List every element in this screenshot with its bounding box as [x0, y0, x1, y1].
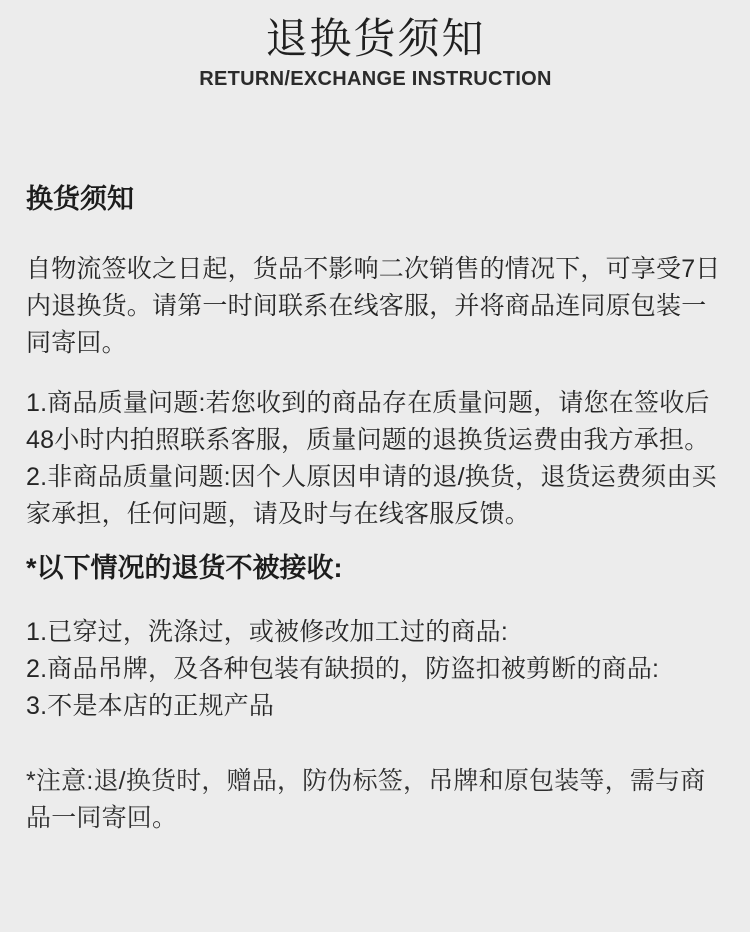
- exchange-notice-intro: 自物流签收之日起，货品不影响二次销售的情况下，可享受7日内退换货。请第一时间联系…: [26, 251, 725, 362]
- section-exchange-notice: 换货须知 自物流签收之日起，货品不影响二次销售的情况下，可享受7日内退换货。请第…: [26, 184, 725, 533]
- exchange-notice-heading: 换货须知: [26, 184, 725, 214]
- exchange-notice-rules: 1.商品质量问题:若您收到的商品存在质量问题，请您在签收后48小时内拍照联系客服…: [26, 385, 725, 533]
- not-accepted-item: 1.已穿过，洗涤过，或被修改加工过的商品:: [26, 614, 725, 651]
- not-accepted-item: 3.不是本店的正规产品: [26, 688, 725, 725]
- section-not-accepted: *以下情况的退货不被接收: 1.已穿过，洗涤过，或被修改加工过的商品: 2.商品…: [26, 553, 725, 725]
- rule-item: 1.商品质量问题:若您收到的商品存在质量问题，请您在签收后48小时内拍照联系客服…: [26, 385, 725, 459]
- page-title: 退换货须知: [26, 14, 725, 64]
- not-accepted-list: 1.已穿过，洗涤过，或被修改加工过的商品: 2.商品吊牌，及各种包装有缺损的，防…: [26, 614, 725, 725]
- note-paragraph: *注意:退/换货时，赠品，防伪标签，吊牌和原包装等，需与商品一同寄回。: [26, 763, 725, 837]
- not-accepted-item: 2.商品吊牌，及各种包装有缺损的，防盗扣被剪断的商品:: [26, 651, 725, 688]
- rule-item: 2.非商品质量问题:因个人原因申请的退/换货，退货运费须由买家承担，任何问题，请…: [26, 459, 725, 533]
- page-subtitle: RETURN/EXCHANGE INSTRUCTION: [26, 67, 725, 91]
- page-header: 退换货须知 RETURN/EXCHANGE INSTRUCTION: [26, 14, 725, 91]
- not-accepted-heading: *以下情况的退货不被接收:: [26, 553, 725, 583]
- return-exchange-notice-page: 退换货须知 RETURN/EXCHANGE INSTRUCTION 换货须知 自…: [0, 0, 750, 932]
